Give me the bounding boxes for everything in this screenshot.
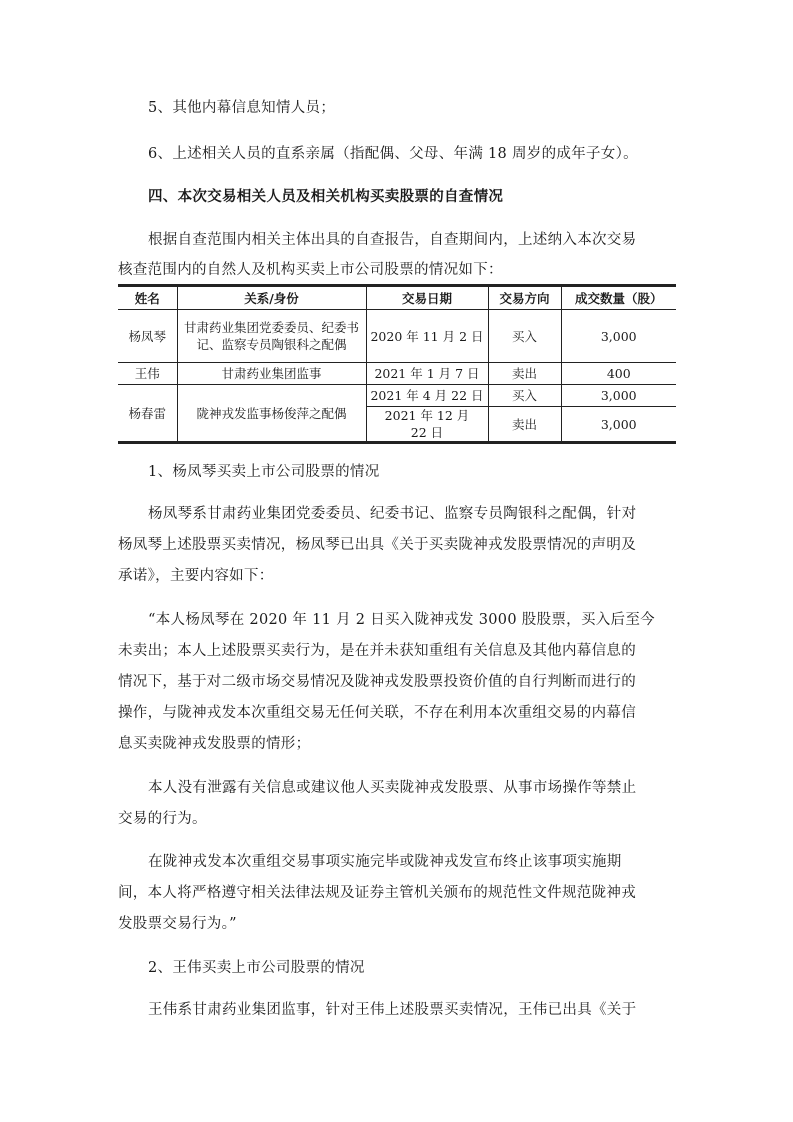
section-heading: 四、本次交易相关人员及相关机构买卖股票的自查情况 bbox=[148, 181, 676, 214]
cell-direction: 买入 bbox=[488, 385, 561, 407]
subsection-title-2: 2、王伟买卖上市公司股票的情况 bbox=[148, 952, 676, 985]
quote3-line-1: 在陇神戎发本次重组交易事项实施完毕或陇神戎发宣布终止该事项实施期 bbox=[148, 846, 676, 879]
cell-direction: 买入 bbox=[488, 310, 561, 363]
header-name: 姓名 bbox=[118, 286, 177, 310]
cell-date: 2021 年 4 月 22 日 bbox=[366, 385, 488, 407]
cell-relation: 甘肃药业集团监事 bbox=[177, 363, 366, 385]
cell-relation: 陇神戎发监事杨俊萍之配偶 bbox=[177, 385, 366, 443]
table-header-row: 姓名 关系/身份 交易日期 交易方向 成交数量（股） bbox=[118, 286, 676, 310]
cell-name: 杨春雷 bbox=[118, 385, 177, 443]
cell-name: 杨凤琴 bbox=[118, 310, 177, 363]
quote2-line-1: 本人没有泄露有关信息或建议他人买卖陇神戎发股票、从事市场操作等禁止 bbox=[148, 772, 676, 805]
sub1-para-line-1: 杨凤琴系甘肃药业集团党委委员、纪委书记、监察专员陶银科之配偶，针对 bbox=[148, 498, 676, 531]
subsection-title-1: 1、杨凤琴买卖上市公司股票的情况 bbox=[148, 456, 676, 489]
intro-line-1: 根据自查范围内相关主体出具的自查报告，自查期间内，上述纳入本次交易 bbox=[148, 224, 676, 257]
cell-direction: 卖出 bbox=[488, 363, 561, 385]
cell-quantity: 3,000 bbox=[561, 407, 676, 443]
table-row: 杨凤琴 甘肃药业集团党委委员、纪委书记、监察专员陶银科之配偶 2020 年 11… bbox=[118, 310, 676, 363]
table-row: 王伟 甘肃药业集团监事 2021 年 1 月 7 日 卖出 400 bbox=[118, 363, 676, 385]
cell-quantity: 3,000 bbox=[561, 310, 676, 363]
cell-date: 2020 年 11 月 2 日 bbox=[366, 310, 488, 363]
list-item-6: 6、上述相关人员的直系亲属（指配偶、父母、年满 18 周岁的成年子女）。 bbox=[148, 138, 676, 171]
cell-direction: 卖出 bbox=[488, 407, 561, 443]
sub1-para-line-2: 杨凤琴上述股票买卖情况，杨凤琴已出具《关于买卖陇神戎发股票情况的声明及 bbox=[118, 529, 676, 562]
header-direction: 交易方向 bbox=[488, 286, 561, 310]
sub2-para-line-1: 王伟系甘肃药业集团监事，针对王伟上述股票买卖情况，王伟已出具《关于 bbox=[148, 994, 676, 1027]
cell-quantity: 400 bbox=[561, 363, 676, 385]
intro-line-2: 核查范围内的自然人及机构买卖上市公司股票的情况如下： bbox=[118, 254, 676, 287]
stock-trading-table: 姓名 关系/身份 交易日期 交易方向 成交数量（股） 杨凤琴 甘肃药业集团党委委… bbox=[118, 284, 676, 444]
cell-date: 2021 年 1 月 7 日 bbox=[366, 363, 488, 385]
document-page: 5、其他内幕信息知情人员； 6、上述相关人员的直系亲属（指配偶、父母、年满 18… bbox=[0, 0, 793, 1122]
quote1-line-4: 操作，与陇神戎发本次重组交易无任何关联，不存在利用本次重组交易的内幕信 bbox=[118, 697, 676, 730]
header-date: 交易日期 bbox=[366, 286, 488, 310]
table-row: 杨春雷 陇神戎发监事杨俊萍之配偶 2021 年 4 月 22 日 买入 3,00… bbox=[118, 385, 676, 407]
quote1-line-2: 未卖出；本人上述股票买卖行为，是在并未获知重组有关信息及其他内幕信息的 bbox=[118, 635, 676, 668]
quote3-line-3: 发股票交易行为。” bbox=[118, 908, 676, 941]
cell-name: 王伟 bbox=[118, 363, 177, 385]
cell-relation: 甘肃药业集团党委委员、纪委书记、监察专员陶银科之配偶 bbox=[177, 310, 366, 363]
quote1-line-1: “本人杨凤琴在 2020 年 11 月 2 日买入陇神戎发 3000 股股票，买… bbox=[148, 604, 676, 637]
quote2-line-2: 交易的行为。 bbox=[118, 803, 676, 836]
quote1-line-3: 情况下，基于对二级市场交易情况及陇神戎发股票投资价值的自行判断而进行的 bbox=[118, 666, 676, 699]
cell-date: 2021 年 12 月 22 日 bbox=[366, 407, 488, 443]
quote3-line-2: 间，本人将严格遵守相关法律法规及证券主管机关颁布的规范性文件规范陇神戎 bbox=[118, 877, 676, 910]
list-item-5: 5、其他内幕信息知情人员； bbox=[148, 92, 676, 125]
header-relation: 关系/身份 bbox=[177, 286, 366, 310]
cell-quantity: 3,000 bbox=[561, 385, 676, 407]
quote1-line-5: 息买卖陇神戎发股票的情形； bbox=[118, 728, 676, 761]
sub1-para-line-3: 承诺》，主要内容如下： bbox=[118, 560, 676, 593]
header-quantity: 成交数量（股） bbox=[561, 286, 676, 310]
